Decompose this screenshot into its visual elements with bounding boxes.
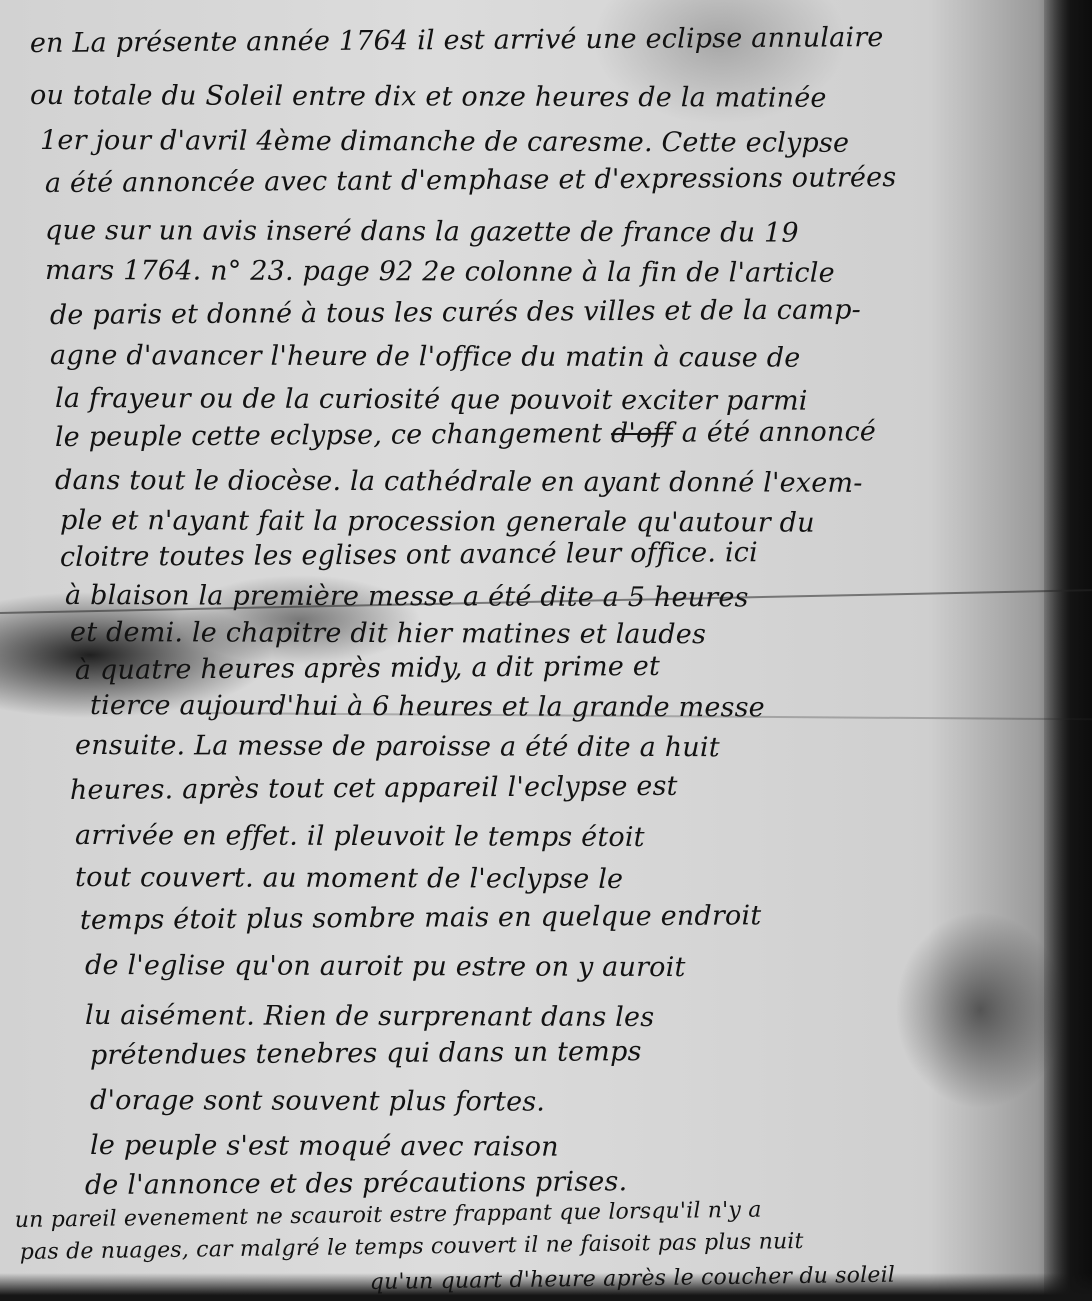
manuscript-line: lu aisément. Rien de surprenant dans les [85, 1000, 654, 1033]
manuscript-line: la frayeur ou de la curiosité que pouvoi… [55, 383, 808, 417]
manuscript-line: 1er jour d'avril 4ème dimanche de caresm… [40, 125, 849, 159]
manuscript-line: le peuple cette eclypse, ce changement d… [55, 416, 876, 453]
manuscript-line: temps étoit plus sombre mais en quelque … [80, 900, 762, 936]
manuscript-line: ple et n'ayant fait la procession genera… [60, 505, 815, 539]
manuscript-line: à blaison la première messe a été dite a… [65, 580, 749, 613]
struck-out-word: d'off [611, 418, 673, 449]
manuscript-line: arrivée en effet. il pleuvoit le temps é… [75, 820, 645, 853]
manuscript-line: agne d'avancer l'heure de l'office du ma… [50, 340, 800, 374]
manuscript-line: en La présente année 1764 il est arrivé … [30, 22, 884, 59]
manuscript-line: pas de nuages, car malgré le temps couve… [20, 1229, 804, 1265]
page-edge-shadow [1044, 0, 1092, 1301]
manuscript-line: le peuple s'est moqué avec raison [90, 1130, 559, 1163]
manuscript-page: en La présente année 1764 il est arrivé … [0, 0, 1092, 1301]
manuscript-line: tout couvert. au moment de l'eclypse le [75, 862, 623, 895]
manuscript-line: d'orage sont souvent plus fortes. [90, 1085, 545, 1118]
manuscript-line: cloitre toutes les eglises ont avancé le… [60, 537, 758, 573]
manuscript-line: dans tout le diocèse. la cathédrale en a… [55, 465, 863, 499]
manuscript-line: de l'eglise qu'on auroit pu estre on y a… [85, 950, 686, 983]
manuscript-line: prétendues tenebres qui dans un temps [90, 1036, 642, 1071]
manuscript-line: ensuite. La messe de paroisse a été dite… [75, 730, 720, 763]
manuscript-line: que sur un avis inseré dans la gazette d… [45, 215, 799, 249]
manuscript-line: tierce aujourd'hui à 6 heures et la gran… [90, 690, 765, 723]
manuscript-line: mars 1764. n° 23. page 92 2e colonne à l… [45, 255, 835, 289]
manuscript-line: de paris et donné à tous les curés des v… [50, 294, 861, 331]
manuscript-line: un pareil evenement ne scauroit estre fr… [15, 1198, 762, 1233]
manuscript-line: et demi. le chapitre dit hier matines et… [70, 617, 706, 650]
manuscript-line: ou totale du Soleil entre dix et onze he… [30, 80, 827, 114]
manuscript-line: à quatre heures après midy, a dit prime … [75, 651, 660, 686]
manuscript-line: de l'annonce et des précautions prises. [85, 1166, 628, 1201]
manuscript-line: heures. après tout cet appareil l'eclyps… [70, 771, 678, 806]
manuscript-line: a été annoncée avec tant d'emphase et d'… [45, 162, 897, 199]
